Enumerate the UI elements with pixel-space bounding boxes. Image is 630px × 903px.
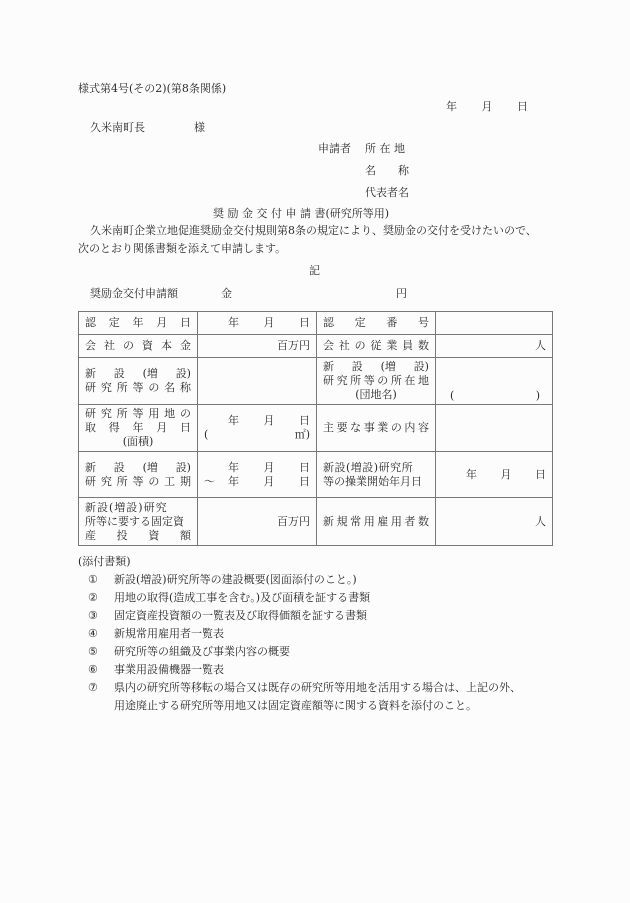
label-capital: 会社の資本金 (79, 335, 198, 358)
form-number: 様式第4号(その2)(第8条関係) (78, 82, 226, 96)
label-facility-location: 新設(増設) 研究所等の所在地 (団地名) (317, 358, 436, 405)
label-approval-date: 認定年月日 (79, 312, 198, 335)
value-employees[interactable]: 人 (436, 335, 553, 358)
label-approval-number: 認定番号 (317, 312, 436, 335)
value-fixed-asset-investment[interactable]: 百万円 (198, 498, 317, 546)
date-month: 月 (482, 100, 493, 114)
addressee-suffix: 様 (194, 121, 205, 135)
attachment-item: ④新規常用雇用者一覧表 (88, 627, 224, 641)
industrial-park-close-paren: ) (536, 389, 540, 403)
attachment-item: ③固定資産投資額の一覧表及び取得価額を証する書類 (88, 609, 367, 623)
label-main-business: 主要な事業の内容 (317, 405, 436, 452)
tilde: ～ (204, 475, 228, 489)
addressee: 久米南町長 (90, 121, 145, 135)
table-row: 認定年月日 年月日 認定番号 (79, 312, 553, 335)
submission-date: 年 月 日 (446, 100, 528, 114)
amount-prefix: 金 (221, 287, 232, 301)
body-line-2: 次のとおり関係書類を添えて申請します。 (78, 242, 286, 256)
body-line-1: 久米南町企業立地促進奨励金交付規則第8条の規定により、奨励金の交付を受けたいので… (90, 224, 537, 238)
label-land-acquisition: 研究所等用地の 取得年月日 (面積) (79, 405, 198, 452)
label-operation-start-date: 新設(増設)研究所 等の操業開始年月日 (317, 452, 436, 498)
ki-label: 記 (309, 264, 320, 278)
attachment-item: ⑤研究所等の組織及び事業内容の概要 (88, 645, 290, 659)
value-construction-period[interactable]: 年月日 ～ 年月日 (198, 452, 317, 498)
applicant-representative-label: 代表者名 (365, 186, 409, 200)
date-day: 日 (517, 100, 528, 114)
label-fixed-asset-investment: 新設(増設)研究 所等に要する固定資 産投資額 (79, 498, 198, 546)
value-land-acquisition[interactable]: 年月日 (㎡) (198, 405, 317, 452)
application-table: 認定年月日 年月日 認定番号 会社の資本金 百万円 会社の従業員数 人 (78, 311, 553, 546)
attachment-item: ①新設(増設)研究所等の建設概要(図面添付のこと。) (88, 573, 357, 587)
amount-unit: 円 (396, 287, 407, 301)
applicant-name-label: 名 称 (365, 164, 409, 178)
industrial-park-open-paren: ( (450, 389, 454, 403)
value-facility-name[interactable] (198, 358, 317, 405)
attachments-heading: (添付書類) (78, 555, 131, 569)
value-main-business[interactable] (436, 405, 553, 452)
table-row: 研究所等用地の 取得年月日 (面積) 年月日 (㎡) 主要な事業の内容 (79, 405, 553, 452)
attachment-item-continuation: 用途廃止する研究所等用地又は固定資産額等に関する資料を添付のこと。 (114, 699, 477, 713)
applicant-label: 申請者 (318, 142, 351, 156)
value-approval-number[interactable] (436, 312, 553, 335)
value-approval-date[interactable]: 年月日 (198, 312, 317, 335)
value-new-regular-employees[interactable]: 人 (436, 498, 553, 546)
table-row: 新設(増設)研究 所等に要する固定資 産投資額 百万円 新規常用雇用者数 人 (79, 498, 553, 546)
table-row: 会社の資本金 百万円 会社の従業員数 人 (79, 335, 553, 358)
applicant-address-label: 所 在 地 (365, 142, 405, 156)
attachment-item: ⑦県内の研究所等移転の場合又は既存の研究所等用地を活用する場合は、上記の外、 (88, 681, 521, 695)
table-row: 新設(増設) 研究所等の工期 年月日 ～ 年月日 新設(増設)研究所 等の操業開… (79, 452, 553, 498)
table-row: 新設(増設) 研究所等の名称 新設(増設) 研究所等の所在地 (団地名) ( ) (79, 358, 553, 405)
label-construction-period: 新設(増設) 研究所等の工期 (79, 452, 198, 498)
label-employees: 会社の従業員数 (317, 335, 436, 358)
date-year: 年 (446, 100, 457, 114)
value-operation-start-date[interactable]: 年月日 (436, 452, 553, 498)
document-title: 奨 励 金 交 付 申 請 書(研究所等用) (213, 207, 389, 221)
value-facility-location[interactable]: ( ) (436, 358, 553, 405)
label-new-regular-employees: 新規常用雇用者数 (317, 498, 436, 546)
attachment-item: ②用地の取得(造成工事を含む。)及び面積を証する書類 (88, 591, 370, 605)
amount-label: 奨励金交付申請額 (90, 287, 178, 301)
label-facility-name: 新設(増設) 研究所等の名称 (79, 358, 198, 405)
attachment-item: ⑥事業用設備機器一覧表 (88, 663, 224, 677)
value-capital[interactable]: 百万円 (198, 335, 317, 358)
